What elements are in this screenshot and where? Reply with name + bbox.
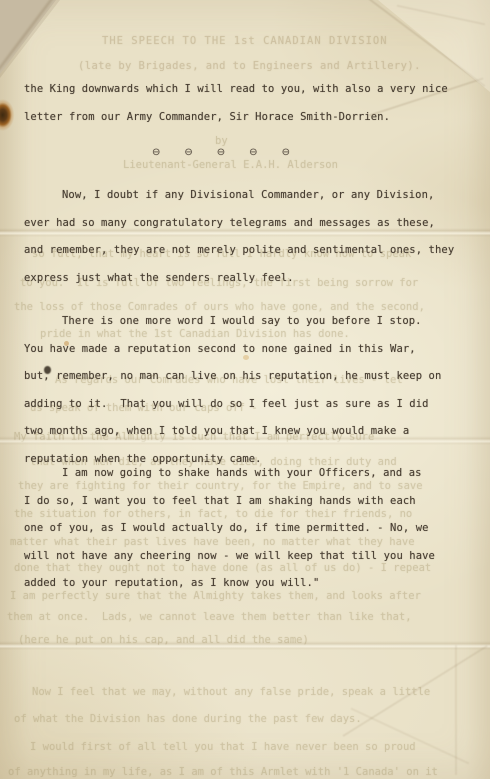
wrinkle-crease bbox=[455, 645, 457, 775]
circled-dash-ornament-icon: ⊖ bbox=[217, 141, 225, 165]
torn-corner bbox=[0, 0, 56, 74]
ink-blot bbox=[44, 366, 51, 374]
typed-line: letter from our Army Commander, Sir Hora… bbox=[24, 104, 448, 132]
fold-crease bbox=[0, 228, 490, 237]
corner-fold-highlight bbox=[378, 0, 490, 92]
letter-paper: THE SPEECH TO THE 1st CANADIAN DIVISION … bbox=[0, 0, 490, 779]
rust-stain bbox=[64, 341, 69, 346]
ghost-fragment: of anything in my life, as I am of this … bbox=[8, 765, 438, 779]
wrinkle-crease bbox=[351, 708, 469, 764]
fold-crease bbox=[0, 436, 490, 445]
typed-line: There is one more word I would say to yo… bbox=[24, 308, 441, 336]
typed-line: I am now going to shake hands with your … bbox=[24, 460, 435, 488]
fold-crease bbox=[0, 641, 490, 650]
typed-line: You have made a reputation second to non… bbox=[24, 336, 441, 364]
ghost-fragment: Now I feel that we may, without any fals… bbox=[32, 685, 430, 699]
circled-dash-ornament-icon: ⊖ bbox=[282, 141, 290, 165]
typed-line: and remember, they are not merely polite… bbox=[24, 237, 454, 265]
typed-line: one of you, as I would actually do, if t… bbox=[24, 515, 435, 543]
typed-line: adding to it. That you will do so I feel… bbox=[24, 391, 441, 419]
typed-paragraph-2: Now, I doubt if any Divisional Commander… bbox=[24, 182, 454, 292]
ghost-fragment: of what the Division has done during the… bbox=[14, 712, 362, 726]
ghost-fragment: them at once. Lads, we cannot leave them… bbox=[7, 610, 412, 624]
circled-dash-ornament-icon: ⊖ bbox=[184, 141, 192, 165]
ghost-fragment: I would first of all tell you that I hav… bbox=[30, 740, 416, 754]
typed-line: but, remember, no man can live on his re… bbox=[24, 363, 441, 391]
ghost-title: THE SPEECH TO THE 1st CANADIAN DIVISION bbox=[102, 34, 388, 48]
typed-paragraph-3: There is one more word I would say to yo… bbox=[24, 308, 441, 473]
ornament-row: ⊖ ⊖ ⊖ ⊖ ⊖ bbox=[152, 141, 290, 165]
typed-paragraph-4: I am now going to shake hands with your … bbox=[24, 460, 435, 598]
rust-stain bbox=[243, 355, 249, 360]
circled-dash-ornament-icon: ⊖ bbox=[152, 141, 160, 165]
burn-spot bbox=[0, 99, 17, 131]
circled-dash-ornament-icon: ⊖ bbox=[249, 141, 257, 165]
typed-line: I do so, I want you to feel that I am sh… bbox=[24, 488, 435, 516]
ghost-subtitle: (late by Brigades, and to Engineers and … bbox=[78, 59, 421, 73]
typed-line: Now, I doubt if any Divisional Commander… bbox=[24, 182, 454, 210]
typed-line: will not have any cheering now - we will… bbox=[24, 543, 435, 571]
typed-line: added to your reputation, as I know you … bbox=[24, 570, 435, 598]
typed-line: express just what the senders really fee… bbox=[24, 265, 454, 293]
scanned-document-screenshot: { "document_type": "typewritten letter p… bbox=[0, 0, 490, 779]
